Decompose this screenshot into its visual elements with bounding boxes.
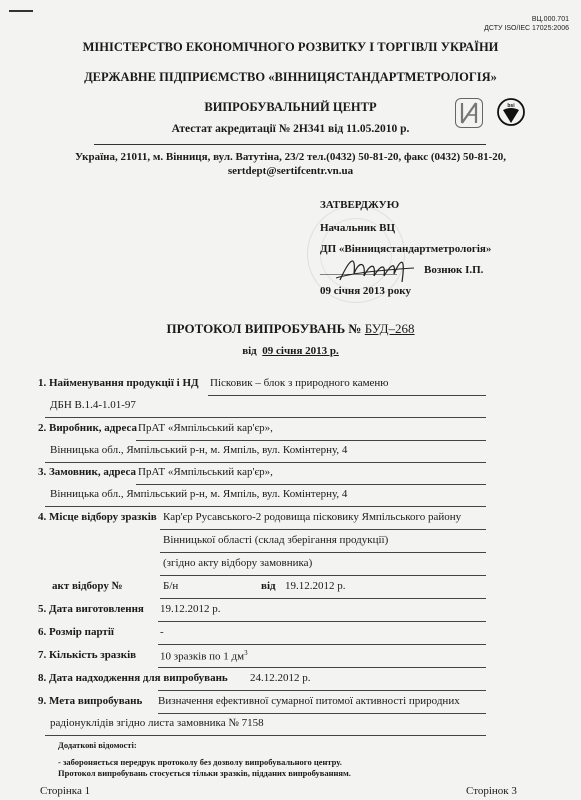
approver-name: Вознюк І.П. (424, 264, 483, 276)
additional-info-line-1: - забороняється передрук протоколу без д… (58, 757, 342, 767)
field-1-norm: ДБН В.1.4-1.01-97 (50, 399, 136, 411)
field-rule (160, 529, 486, 530)
accreditation-line: Атестат акредитації № 2Н341 від 11.05.20… (0, 123, 581, 135)
field-rule (158, 667, 486, 668)
field-2-label: 2. Виробник, адреса (38, 422, 137, 434)
field-rule (160, 598, 486, 599)
field-9-value: Визначення ефективної сумарної питомої а… (158, 695, 460, 707)
field-rule (136, 484, 486, 485)
field-rule (158, 713, 486, 714)
field-rule (45, 506, 486, 507)
protocol-title-prefix: ПРОТОКОЛ ВИПРОБУВАНЬ № (166, 321, 361, 336)
field-8-label: 8. Дата надходження для випробувань (38, 672, 228, 684)
field-rule (45, 462, 486, 463)
act-date: 19.12.2012 р. (285, 580, 346, 592)
field-rule (158, 690, 486, 691)
test-protocol-page: ВЦ.000.701 ДСТУ ISO/IEC 17025:2006 МІНІС… (0, 0, 581, 800)
ministry-heading: МІНІСТЕРСТВО ЕКОНОМІЧНОГО РОЗВИТКУ І ТОР… (0, 40, 581, 55)
document-code: ВЦ.000.701 (532, 15, 569, 24)
bsi-mark-icon: bsi (496, 97, 526, 127)
test-center-heading: ВИПРОБУВАЛЬНИЙ ЦЕНТР (0, 100, 581, 115)
field-3-address: Вінницька обл., Ямпільський р-н, м. Ямпі… (50, 488, 347, 500)
field-rule (160, 552, 486, 553)
field-7-value: 10 зразків по 1 дм (160, 651, 244, 663)
field-2-address: Вінницька обл., Ямпільський р-н, м. Ямпі… (50, 444, 347, 456)
field-7-value-wrap: 10 зразків по 1 дм3 (160, 649, 248, 663)
field-rule (45, 417, 486, 418)
email-line: sertdept@sertifcentr.vn.ua (0, 165, 581, 177)
field-5-label: 5. Дата виготовлення (38, 603, 144, 615)
field-5-value: 19.12.2012 р. (160, 603, 221, 615)
approval-date: 09 січня 2013 року (320, 285, 411, 297)
field-3-label: 3. Замовник, адреса (38, 466, 136, 478)
approver-position: Начальник ВЦ (320, 222, 395, 234)
field-rule (136, 440, 486, 441)
document-standard: ДСТУ ISO/IEC 17025:2006 (484, 24, 569, 33)
field-6-value: - (160, 626, 164, 638)
field-9-label: 9. Мета випробувань (38, 695, 142, 707)
protocol-number: БУД–268 (365, 321, 415, 336)
field-7-unit-exponent: 3 (244, 649, 248, 657)
field-2-value: ПрАТ «Ямпільський кар'єр», (138, 422, 273, 434)
protocol-date: 09 січня 2013 р. (262, 345, 339, 357)
field-7-label: 7. Кількість зразків (38, 649, 136, 661)
protocol-date-prefix: від (242, 345, 257, 357)
field-rule (160, 575, 486, 576)
field-9-value-2: радіонуклідів згідно листа замовника № 7… (50, 717, 264, 729)
act-label: акт відбору № (52, 580, 123, 592)
approval-label: ЗАТВЕРДЖУЮ (320, 199, 399, 211)
additional-info-line-2: Протокол випробувань стосується тільки з… (58, 768, 351, 778)
svg-text:bsi: bsi (507, 103, 515, 109)
act-number: Б/н (163, 580, 178, 592)
protocol-date-line: від 09 січня 2013 р. (0, 345, 581, 357)
enterprise-heading: ДЕРЖАВНЕ ПІДПРИЄМСТВО «ВІННИЦЯСТАНДАРТМЕ… (0, 70, 581, 85)
field-4-value-3: (згідно акту відбору замовника) (163, 557, 312, 569)
header-divider (94, 144, 486, 145)
protocol-title: ПРОТОКОЛ ВИПРОБУВАНЬ № БУД–268 (0, 321, 581, 337)
page-number: Сторінка 1 (40, 785, 90, 797)
field-rule (208, 395, 486, 396)
field-rule (45, 735, 486, 736)
accreditation-mark-icon (455, 98, 483, 128)
field-rule (158, 644, 486, 645)
address-line: Україна, 21011, м. Вінниця, вул. Ватутін… (0, 151, 581, 163)
field-4-value: Кар'єр Русавського-2 родовища пісковику … (163, 511, 461, 523)
field-6-label: 6. Розмір партії (38, 626, 114, 638)
field-rule (158, 621, 486, 622)
field-4-label: 4. Місце відбору зразків (38, 511, 157, 523)
field-1-label: 1. Найменування продукції і НД (38, 377, 199, 389)
additional-info-heading: Додаткові відомості: (58, 740, 137, 750)
field-1-value: Пісковик – блок з природного каменю (210, 377, 389, 389)
page-count: Сторінок 3 (466, 785, 517, 797)
act-date-prefix: від (261, 580, 276, 592)
field-8-value: 24.12.2012 р. (250, 672, 311, 684)
scan-mark (9, 10, 33, 12)
field-4-value-2: Вінницької області (склад зберігання про… (163, 534, 388, 546)
field-3-value: ПрАТ «Ямпільський кар'єр», (138, 466, 273, 478)
